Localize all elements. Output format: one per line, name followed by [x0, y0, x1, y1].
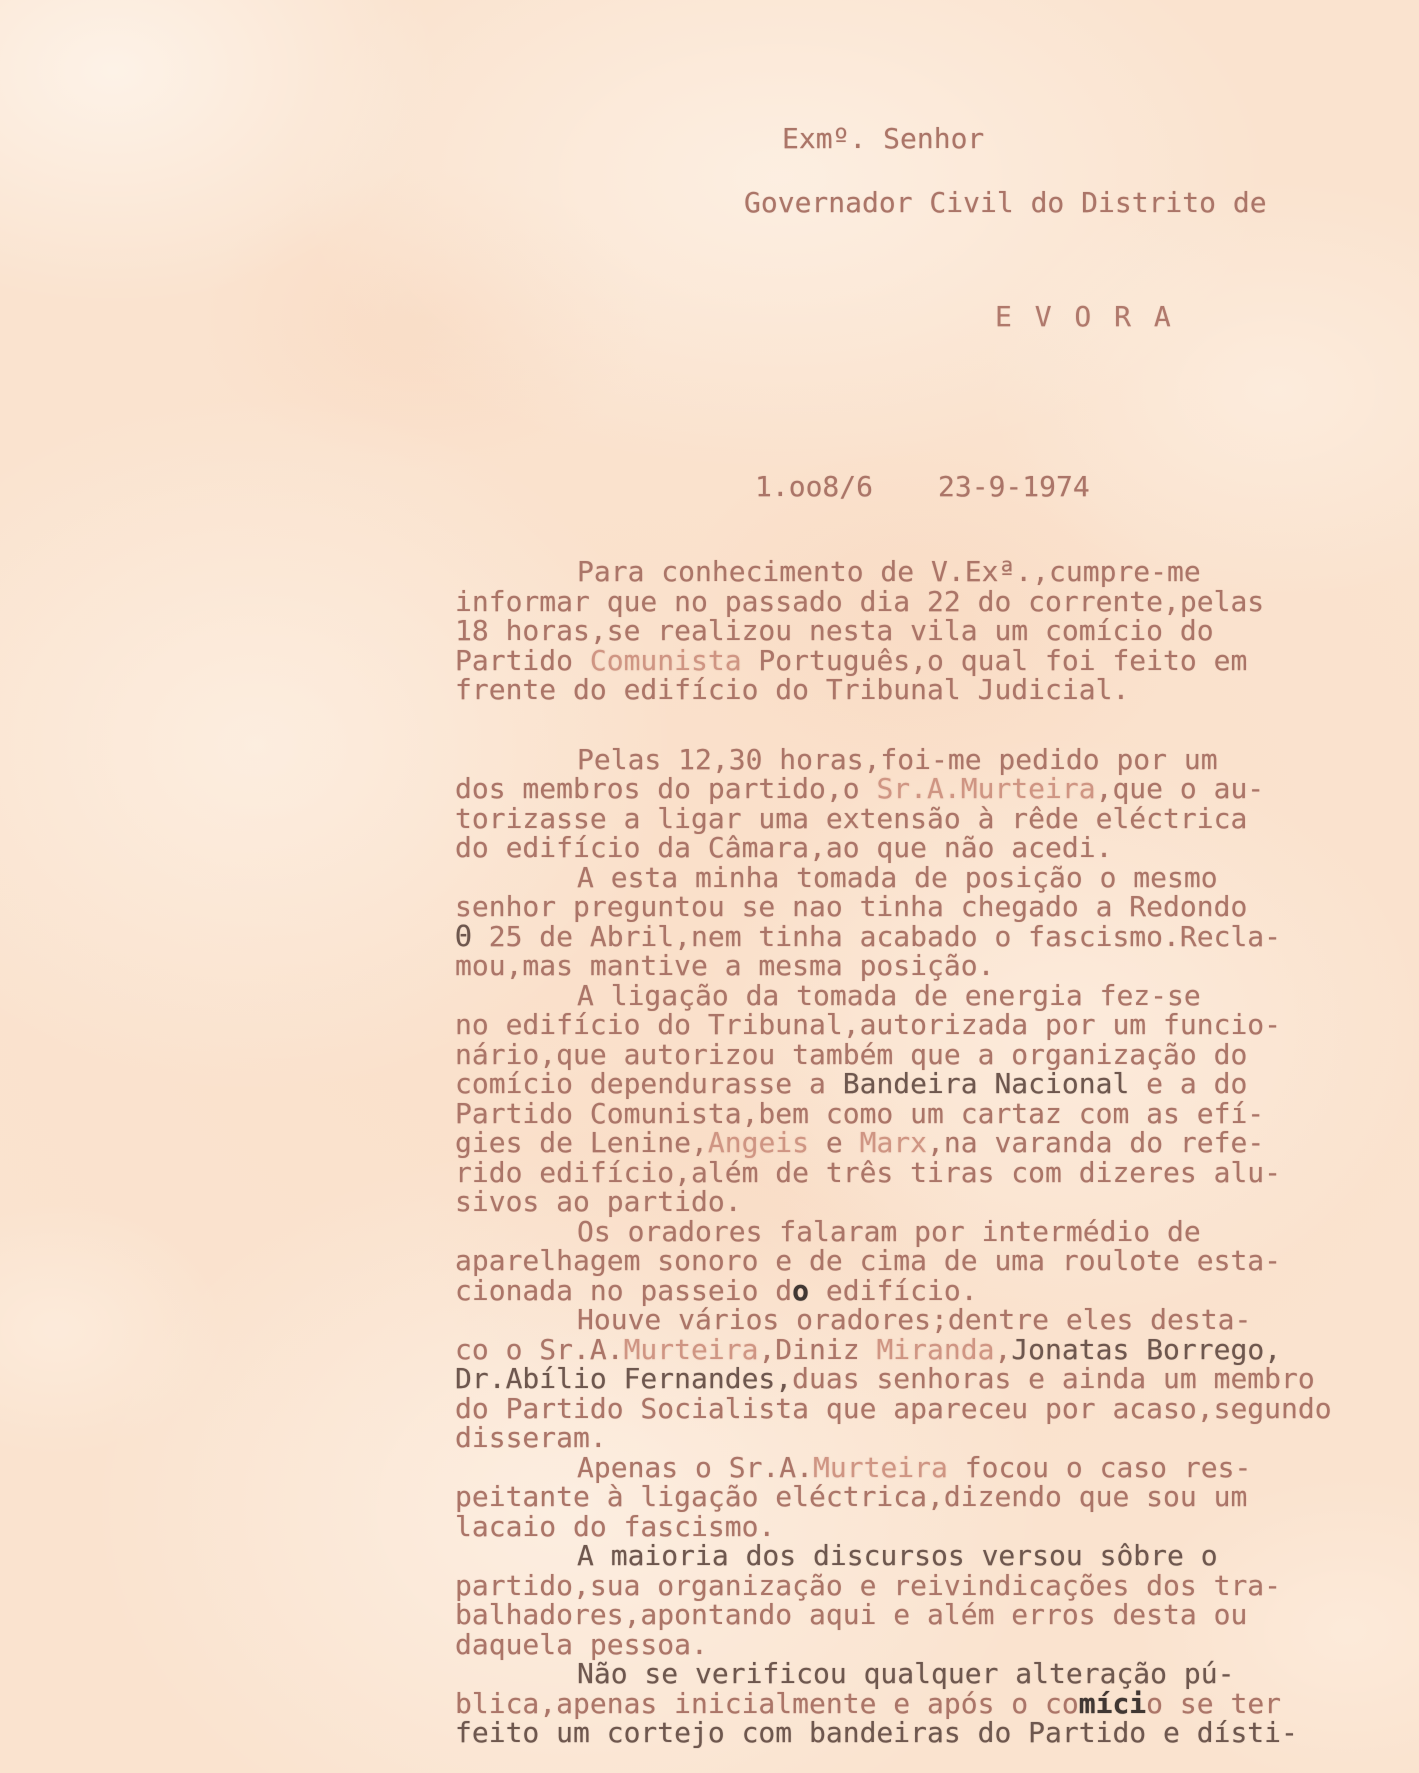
text-line: lacaio do fascismo. [455, 1512, 1400, 1542]
text-line: rido edifício,além de três tiras com diz… [455, 1158, 1400, 1188]
text-line: co o Sr.A.Murteira,Diniz Miranda,Jonatas… [455, 1335, 1400, 1365]
text-segment: rido edifício,além de três tiras com diz… [455, 1156, 1281, 1189]
text-segment: Comunista [590, 644, 742, 677]
text-line: senhor preguntou se nao tinha chegado a … [455, 892, 1400, 922]
text-line: Partido Comunista,bem como um cartaz com… [455, 1099, 1400, 1129]
paragraph: Apenas o Sr.A.Murteira focou o caso res-… [455, 1453, 1400, 1542]
text-segment: cionada no passeio d [455, 1274, 792, 1307]
text-line: no edifício do Tribunal,autorizada por u… [455, 1010, 1400, 1040]
text-segment: Sr.A.Murteira [876, 772, 1095, 805]
paragraph: A ligação da tomada de energia fez-seno … [455, 981, 1400, 1217]
text-line: A esta minha tomada de posição o mesmo [455, 863, 1400, 893]
text-segment: o [792, 1274, 809, 1307]
text-segment: no edifício do Tribunal,autorizada por u… [455, 1008, 1281, 1041]
text-line: Para conhecimento de V.Exª.,cumpre-me [455, 557, 1400, 587]
text-segment: Pelas 12,30 horas,foi-me pedido por um [577, 743, 1218, 776]
text-segment: ,na varanda do refe- [927, 1126, 1264, 1159]
text-segment: informar que no passado dia 22 do corren… [455, 585, 1264, 618]
text-segment: míci [1079, 1687, 1146, 1720]
text-segment: o se ter [1146, 1687, 1281, 1720]
text-segment: mou,mas mantive a mesma posição. [455, 949, 994, 982]
text-segment: senhor preguntou se nao tinha chegado a … [455, 890, 1247, 923]
text-segment: 25 de Abril,nem tinha acabado o fascismo… [472, 920, 1281, 953]
reference-date: 23-9-1974 [938, 470, 1090, 503]
text-segment: partido,sua organização e reivindicações… [455, 1569, 1281, 1602]
text-segment: focou o caso res- [948, 1451, 1251, 1484]
text-line: aparelhagem sonoro e de cima de uma roul… [455, 1246, 1400, 1276]
text-segment: disseram. [455, 1421, 607, 1454]
text-segment: e [809, 1126, 860, 1159]
paragraph: A esta minha tomada de posição o mesmose… [455, 863, 1400, 981]
text-segment: Não se verificou qualquer alteração pú- [577, 1657, 1234, 1690]
addressee-line: Governador Civil do Distrito de [744, 186, 1267, 219]
text-segment: Dr.Abílio Fernandes, [455, 1362, 792, 1395]
text-segment: feito um cortejo com bandeiras do Partid… [455, 1716, 1298, 1749]
paragraph: Pelas 12,30 horas,foi-me pedido por umdo… [455, 745, 1400, 863]
text-line: Houve vários oradores;dentre eles desta- [455, 1305, 1400, 1335]
body-text: Para conhecimento de V.Exª.,cumpre-meinf… [455, 557, 1400, 1748]
text-segment: Partido Comunista,bem como um cartaz com… [455, 1097, 1264, 1130]
text-line: nário,que autorizou também que a organiz… [455, 1040, 1400, 1070]
text-segment: aparelhagem sonoro e de cima de uma roul… [455, 1244, 1281, 1277]
paragraph: Para conhecimento de V.Exª.,cumpre-meinf… [455, 557, 1400, 705]
text-line: informar que no passado dia 22 do corren… [455, 587, 1400, 617]
text-line: feito um cortejo com bandeiras do Partid… [455, 1718, 1400, 1748]
text-segment: dos membros do partido,o [455, 772, 876, 805]
text-segment: A esta minha tomada de posição o mesmo [577, 861, 1218, 894]
text-line: disseram. [455, 1423, 1400, 1453]
text-line: A ligação da tomada de energia fez-se [455, 981, 1400, 1011]
text-line: peitante à ligação eléctrica,dizendo que… [455, 1482, 1400, 1512]
text-segment: Miranda [876, 1333, 994, 1366]
text-segment: co o Sr.A. [455, 1333, 624, 1366]
text-segment: Partido [455, 644, 590, 677]
text-segment: gies de Lenine, [455, 1126, 708, 1159]
text-segment: Bandeira Nacional [843, 1067, 1130, 1100]
text-segment: Português,o qual foi feito em [742, 644, 1248, 677]
paragraph: A maioria dos discursos versou sôbre opa… [455, 1541, 1400, 1659]
text-segment: Marx [860, 1126, 927, 1159]
text-line: Θ 25 de Abril,nem tinha acabado o fascis… [455, 922, 1400, 952]
text-line: partido,sua organização e reivindicações… [455, 1571, 1400, 1601]
text-line: A maioria dos discursos versou sôbre o [455, 1541, 1400, 1571]
text-segment: nário,que autorizou também que a organiz… [455, 1038, 1247, 1071]
text-line: Partido Comunista Português,o qual foi f… [455, 646, 1400, 676]
text-segment: blica,apenas inicialmente e após o co [455, 1687, 1079, 1720]
text-segment: frente do edifício do Tribunal Judicial. [455, 673, 1129, 706]
text-line: gies de Lenine,Angeis e Marx,na varanda … [455, 1128, 1400, 1158]
city-line: E V O R A [995, 300, 1174, 333]
text-line: 18 horas,se realizou nesta vila um comíc… [455, 616, 1400, 646]
text-segment: duas senhoras e ainda um membro [792, 1362, 1315, 1395]
text-line: sivos ao partido. [455, 1187, 1400, 1217]
text-segment: Murteira [624, 1333, 759, 1366]
reference-number: 1.oo8/6 [755, 470, 873, 503]
text-segment: Apenas o Sr.A. [577, 1451, 813, 1484]
text-segment: do edifício da Câmara,ao que não acedi. [455, 831, 1112, 864]
text-line: Apenas o Sr.A.Murteira focou o caso res- [455, 1453, 1400, 1483]
text-segment: Para conhecimento de V.Exª.,cumpre-me [577, 555, 1201, 588]
text-segment: 18 horas,se realizou nesta vila um comíc… [455, 614, 1214, 647]
text-segment: lacaio do fascismo. [455, 1510, 775, 1543]
text-line: Não se verificou qualquer alteração pú- [455, 1659, 1400, 1689]
text-line: mou,mas mantive a mesma posição. [455, 951, 1400, 981]
text-segment: Houve vários oradores;dentre eles desta- [577, 1303, 1251, 1336]
text-segment: edifício. [809, 1274, 978, 1307]
text-segment: Jonatas Borrego, [1011, 1333, 1281, 1366]
text-line: daquela pessoa. [455, 1630, 1400, 1660]
text-segment: , [994, 1333, 1011, 1366]
text-segment: A ligação da tomada de energia fez-se [577, 979, 1201, 1012]
text-segment: daquela pessoa. [455, 1628, 708, 1661]
text-segment: sivos ao partido. [455, 1185, 742, 1218]
paragraph: Os oradores falaram por intermédio deapa… [455, 1217, 1400, 1306]
text-line: balhadores,apontando aqui e além erros d… [455, 1600, 1400, 1630]
salutation-line: Exmº. Senhor [782, 122, 984, 155]
document-page: Exmº. Senhor Governador Civil do Distrit… [0, 0, 1419, 1773]
text-segment: torizasse a ligar uma extensão à rêde el… [455, 802, 1247, 835]
text-segment: Murteira [813, 1451, 948, 1484]
text-segment: ,que o au- [1096, 772, 1265, 805]
text-line: Dr.Abílio Fernandes,duas senhoras e aind… [455, 1364, 1400, 1394]
text-line: Os oradores falaram por intermédio de [455, 1217, 1400, 1247]
text-line: frente do edifício do Tribunal Judicial. [455, 675, 1400, 705]
text-line: do Partido Socialista que apareceu por a… [455, 1394, 1400, 1424]
text-line: torizasse a ligar uma extensão à rêde el… [455, 804, 1400, 834]
text-segment: comício dependurasse a [455, 1067, 843, 1100]
text-line: comício dependurasse a Bandeira Nacional… [455, 1069, 1400, 1099]
text-segment: Θ [455, 920, 472, 953]
text-segment: do Partido Socialista que apareceu por a… [455, 1392, 1332, 1425]
text-segment: e a do [1129, 1067, 1247, 1100]
text-segment: Angeis [708, 1126, 809, 1159]
text-segment: balhadores,apontando aqui e além erros d… [455, 1598, 1247, 1631]
text-segment: ,Diniz [758, 1333, 876, 1366]
paragraph: Houve vários oradores;dentre eles desta-… [455, 1305, 1400, 1453]
text-segment: peitante à ligação eléctrica,dizendo que… [455, 1480, 1247, 1513]
text-line: dos membros do partido,o Sr.A.Murteira,q… [455, 774, 1400, 804]
text-segment: A maioria dos discursos versou sôbre o [577, 1539, 1218, 1572]
paragraph: Não se verificou qualquer alteração pú-b… [455, 1659, 1400, 1748]
text-line: do edifício da Câmara,ao que não acedi. [455, 833, 1400, 863]
text-line: cionada no passeio do edifício. [455, 1276, 1400, 1306]
text-line: blica,apenas inicialmente e após o comíc… [455, 1689, 1400, 1719]
text-line: Pelas 12,30 horas,foi-me pedido por um [455, 745, 1400, 775]
text-segment: Os oradores falaram por intermédio de [577, 1215, 1201, 1248]
